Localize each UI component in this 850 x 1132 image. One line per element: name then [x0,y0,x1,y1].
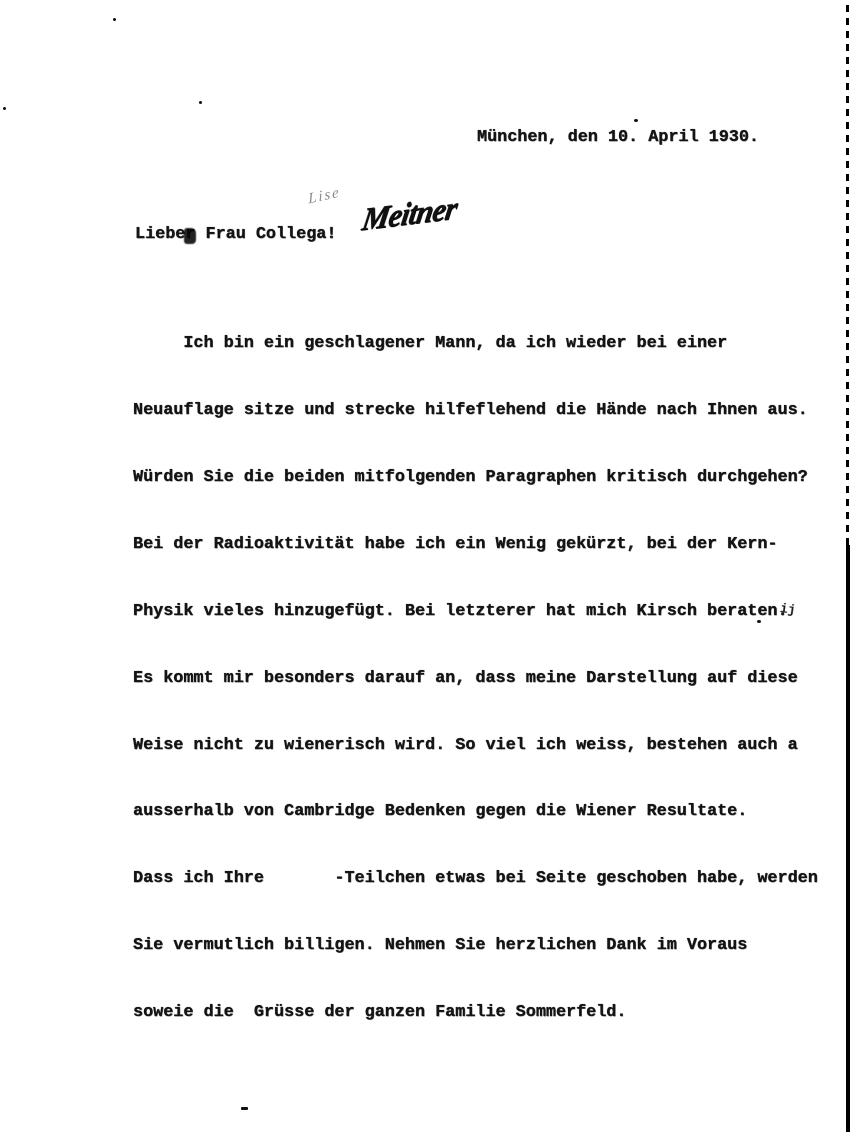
scan-edge-artifact-solid [846,545,850,1132]
scan-speck [113,18,116,21]
scan-speck [3,107,6,110]
handwritten-pencil-annotation: Lise [308,185,341,209]
scanned-letter-page: München, den 10. April 1930. Lise Meitne… [0,0,850,1132]
letter-body: Ich bin ein geschlagener Mann, da ich wi… [133,293,843,1063]
body-line: Neuauflage sitze und strecke hilfeflehen… [133,394,843,427]
letter-salutation: Lieber Frau Collega! [135,227,336,244]
ink-blot-overstrike [184,228,196,244]
body-line: ausserhalb von Cambridge Bedenken gegen … [133,795,843,828]
body-line: soweie die Grüsse der ganzen Familie Som… [133,996,843,1029]
body-line: Physik vieles hinzugefügt. Bei letzterer… [133,595,843,628]
body-line: Sie vermutlich billigen. Nehmen Sie herz… [133,929,843,962]
body-line: Würden Sie die beiden mitfolgenden Parag… [133,461,843,494]
body-line: Ich bin ein geschlagener Mann, da ich wi… [133,327,843,360]
scan-speck [634,119,638,122]
body-line: Weise nicht zu wienerisch wird. So viel … [133,729,843,762]
letter-dateline: München, den 10. April 1930. [477,130,759,147]
scan-speck [199,101,202,104]
scan-speck [241,1107,248,1110]
scan-edge-artifact-dashed [846,5,849,545]
body-line: Dass ich Ihre -Teilchen etwas bei Seite … [133,862,843,895]
handwritten-ink-annotation: Meitner [359,190,459,239]
body-line: Bei der Radioaktivität habe ich ein Weni… [133,528,843,561]
stray-ink-mark: ij [779,601,797,618]
scan-speck [757,620,761,623]
body-line: Es kommt mir besonders darauf an, dass m… [133,662,843,695]
